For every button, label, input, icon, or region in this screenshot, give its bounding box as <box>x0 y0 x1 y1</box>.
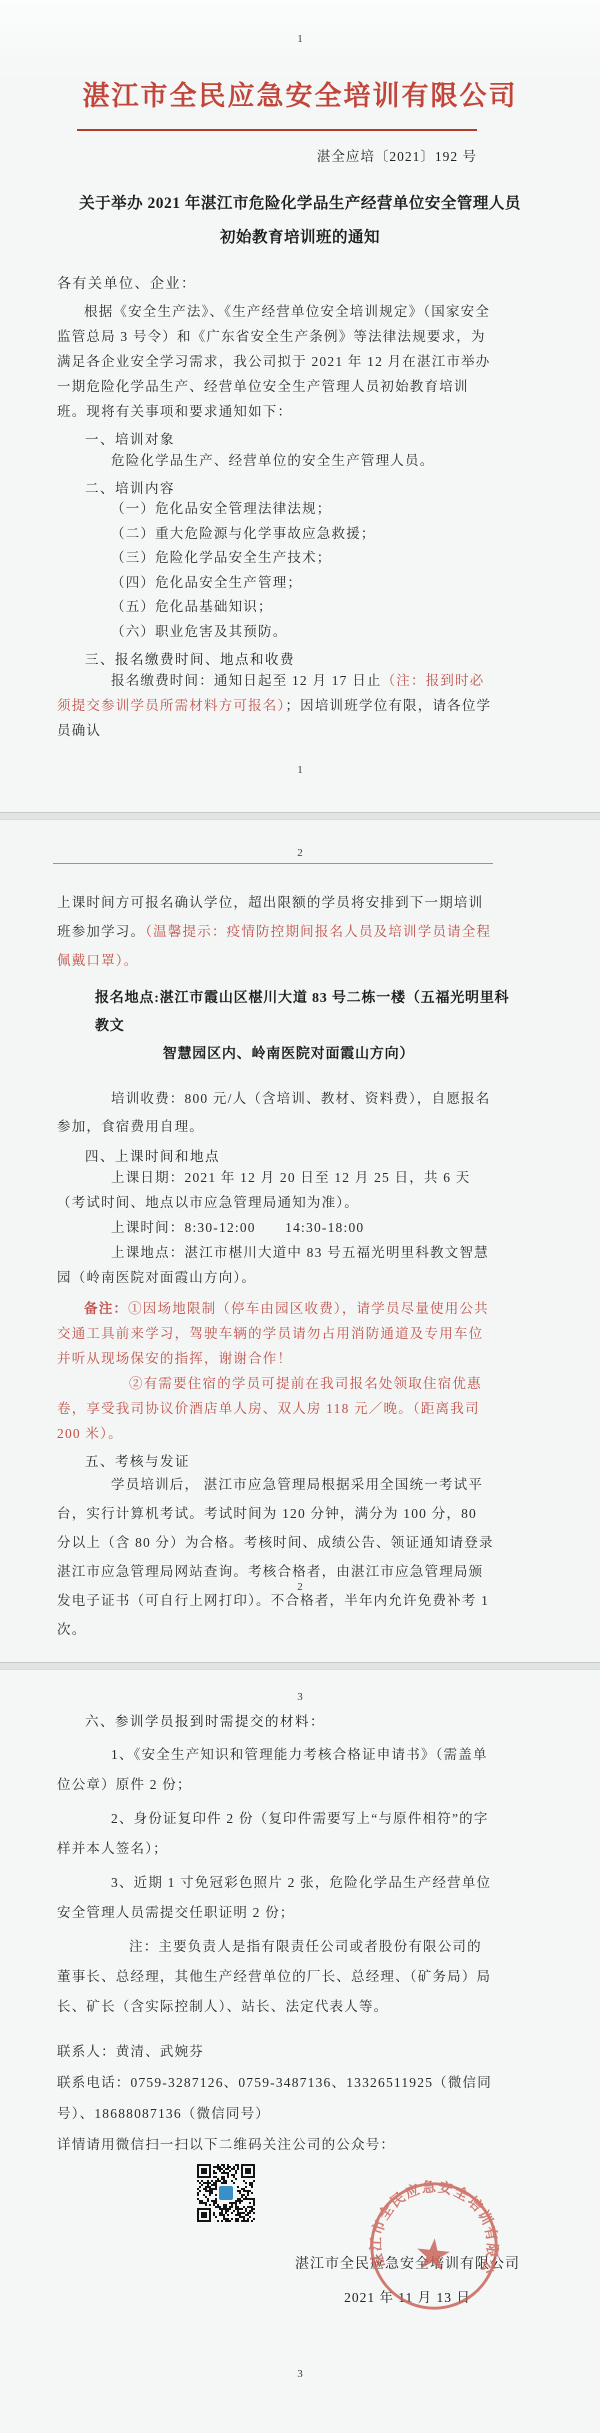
page-3: 3 六、参训学员报到时需提交的材料： 1、《安全生产知识和管理能力考核合格证申请… <box>0 1670 600 2433</box>
page2-top-page-number: 2 <box>0 846 600 860</box>
intro-paragraph: 根据《安全生产法》、《生产经营单位安全培训规定》（国家安全监管总局 3 号令）和… <box>57 299 496 424</box>
remark-1: 备注：①因场地限制（停车由园区收费），请学员尽量使用公共交通工具前来学习，驾驶车… <box>57 1296 496 1371</box>
remark-label: 备注： <box>84 1301 128 1316</box>
fee-paragraph: 培训收费：800 元/人（含培训、教材、资料费），自愿报名参加，食宿费用自理。 <box>57 1085 496 1141</box>
material-item: 2、身份证复印件 2 份（复印件需要写上“与原件相符”的字样并本人签名）； <box>57 1804 496 1864</box>
class-time: 上课时间：8:30-12:00 14:30-18:00 <box>57 1215 496 1240</box>
section3-heading: 三、报名缴费时间、地点和收费 <box>85 648 496 668</box>
document-title-line1: 关于举办 2021 年湛江市危险化学品生产经营单位安全管理人员 <box>79 195 521 212</box>
class-place: 上课地点：湛江市椹川大道中 83 号五福光明里科教文智慧园（岭南医院对面霞山方向… <box>57 1240 496 1290</box>
section5-body: 学员培训后， 湛江市应急管理局根据采用全国统一考试平台，实行计算机考试。考试时间… <box>57 1470 496 1644</box>
contact-person: 联系人：黄清、武婉芬 <box>57 2036 496 2067</box>
document-number: 湛全应培〔2021〕192 号 <box>0 145 477 165</box>
page3-top-page-number: 3 <box>0 1690 600 1704</box>
page-2: 2 上课时间方可报名确认学位，超出限额的学员将安排到下一期培训班参加学习。（温馨… <box>0 820 600 1662</box>
signature-company: 湛江市全民应急安全培训有限公司 <box>295 2253 520 2273</box>
page3-bottom-page-number: 3 <box>0 2367 600 2381</box>
signature-date: 2021 年 11 月 13 日 <box>295 2286 520 2306</box>
training-content-item: （二）重大危险源与化学事故应急救援； <box>111 522 496 547</box>
section4-heading: 四、上课时间和地点 <box>85 1145 496 1165</box>
training-content-item: （五）危化品基础知识； <box>111 595 496 620</box>
registration-address: 报名地点:湛江市霞山区椹川大道 83 号二栋一楼（五福光明里科教文 智慧园区内、… <box>57 985 520 1069</box>
document-title-line2: 初始教育培训班的通知 <box>220 229 380 246</box>
page1-bottom-page-number: 1 <box>0 763 600 777</box>
section1-body: 危险化学品生产、经营单位的安全生产管理人员。 <box>57 448 496 473</box>
training-content-item: （一）危化品安全管理法律法规； <box>111 497 496 522</box>
qr-caption: 详情请用微信扫一扫以下二维码关注公司的公众号： <box>57 2129 496 2160</box>
section1-heading: 一、培训对象 <box>85 428 496 448</box>
remark-2: ②有需要住宿的学员可提前在我司报名处领取住宿优惠卷，享受我司协议价酒店单人房、双… <box>57 1371 496 1446</box>
page-gap <box>0 1662 600 1670</box>
section5-heading: 五、考核与发证 <box>85 1450 496 1470</box>
signature-block: 湛江市全民应急安全培训有限公司 2021 年 11 月 13 日 <box>295 2253 520 2306</box>
carryover-paragraph: 上课时间方可报名确认学位，超出限额的学员将安排到下一期培训班参加学习。（温馨提示… <box>57 888 496 975</box>
class-date: 上课日期：2021 年 12 月 20 日至 12 月 25 日，共 6 天（考… <box>57 1165 496 1215</box>
page-gap <box>0 812 600 820</box>
salutation: 各有关单位、企业： <box>57 273 600 293</box>
letterhead-rule <box>77 129 477 131</box>
material-item: 1、《安全生产知识和管理能力考核合格证申请书》（需盖单位公章）原件 2 份； <box>57 1740 496 1800</box>
section2-heading: 二、培训内容 <box>85 477 496 497</box>
section6-heading: 六、参训学员报到时需提交的材料： <box>85 1708 496 1736</box>
qr-center-logo <box>219 2186 233 2200</box>
responsible-person-note: 注：主要负责人是指有限责任公司或者股份有限公司的董事长、总经理，其他生产经营单位… <box>57 1932 496 2022</box>
registration-time-paragraph: 报名缴费时间：通知日起至 12 月 17 日止（注：报到时必须提交参训学员所需材… <box>57 668 496 743</box>
contact-phone: 联系电话：0759-3287126、0759-3487136、133265119… <box>57 2067 496 2129</box>
training-content-item: （四）危化品安全生产管理； <box>111 571 496 596</box>
scanned-document: 1 湛江市全民应急安全培训有限公司 湛全应培〔2021〕192 号 关于举办 2… <box>0 0 600 2433</box>
page-1: 1 湛江市全民应急安全培训有限公司 湛全应培〔2021〕192 号 关于举办 2… <box>0 0 600 812</box>
qr-code <box>197 2164 255 2222</box>
page2-bottom-page-number: 2 <box>0 1580 600 1594</box>
scan-edge-line <box>53 863 493 864</box>
registration-address-line2: 智慧园区内、岭南医院对面霞山方向） <box>57 1041 520 1069</box>
letterhead-company-name: 湛江市全民应急安全培训有限公司 <box>0 74 600 113</box>
registration-address-line1: 报名地点:湛江市霞山区椹川大道 83 号二栋一楼（五福光明里科教文 <box>95 985 520 1041</box>
document-title: 关于举办 2021 年湛江市危险化学品生产经营单位安全管理人员 初始教育培训班的… <box>0 187 600 255</box>
registration-time-text: 报名缴费时间：通知日起至 12 月 17 日止 <box>111 673 382 688</box>
training-content-item: （六）职业危害及其预防。 <box>111 620 496 645</box>
material-item: 3、近期 1 寸免冠彩色照片 2 张，危险化学品生产经营单位安全管理人员需提交任… <box>57 1868 496 1928</box>
page1-top-page-number: 1 <box>0 32 600 46</box>
training-content-item: （三）危险化学品安全生产技术； <box>111 546 496 571</box>
